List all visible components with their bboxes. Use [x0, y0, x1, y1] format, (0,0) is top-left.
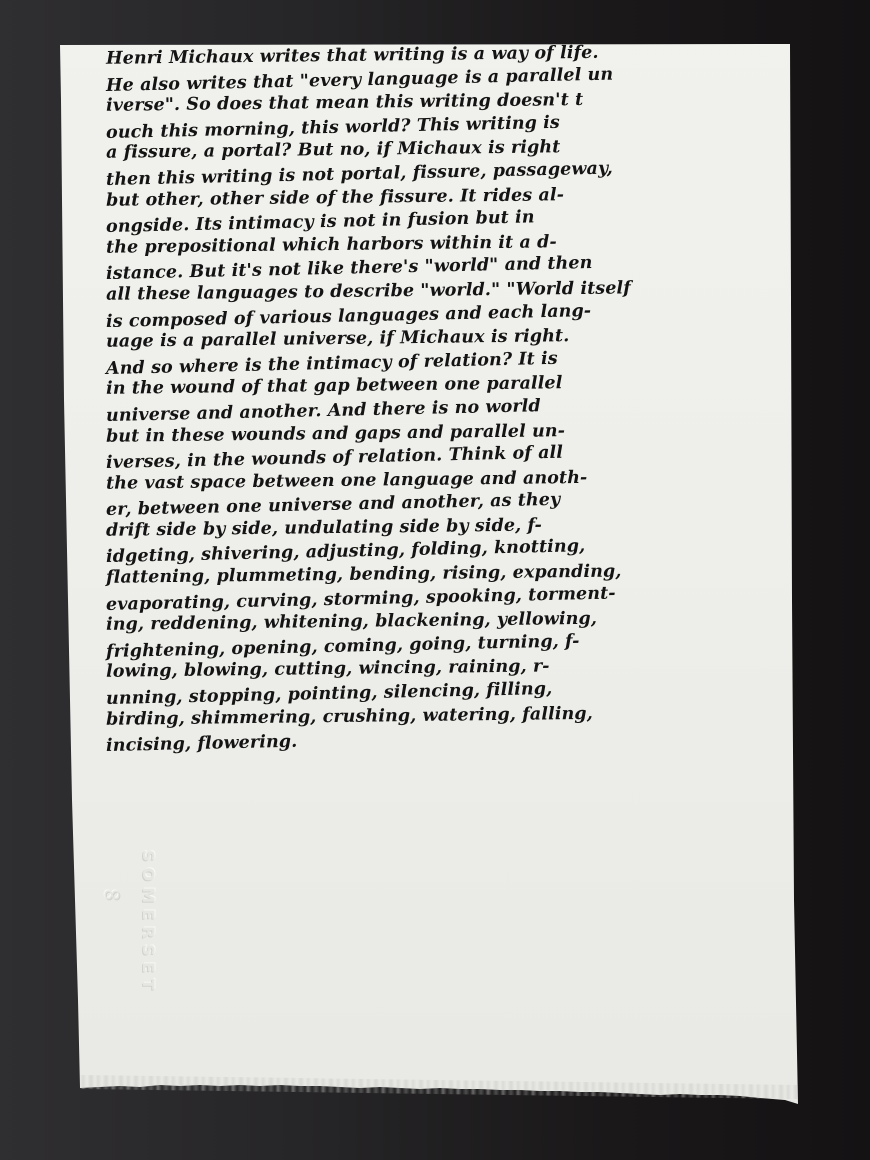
blind-stamp-text: SOMERSET: [118, 850, 158, 1040]
handwritten-text: Henri Michaux writes that writing is a w…: [106, 44, 726, 752]
